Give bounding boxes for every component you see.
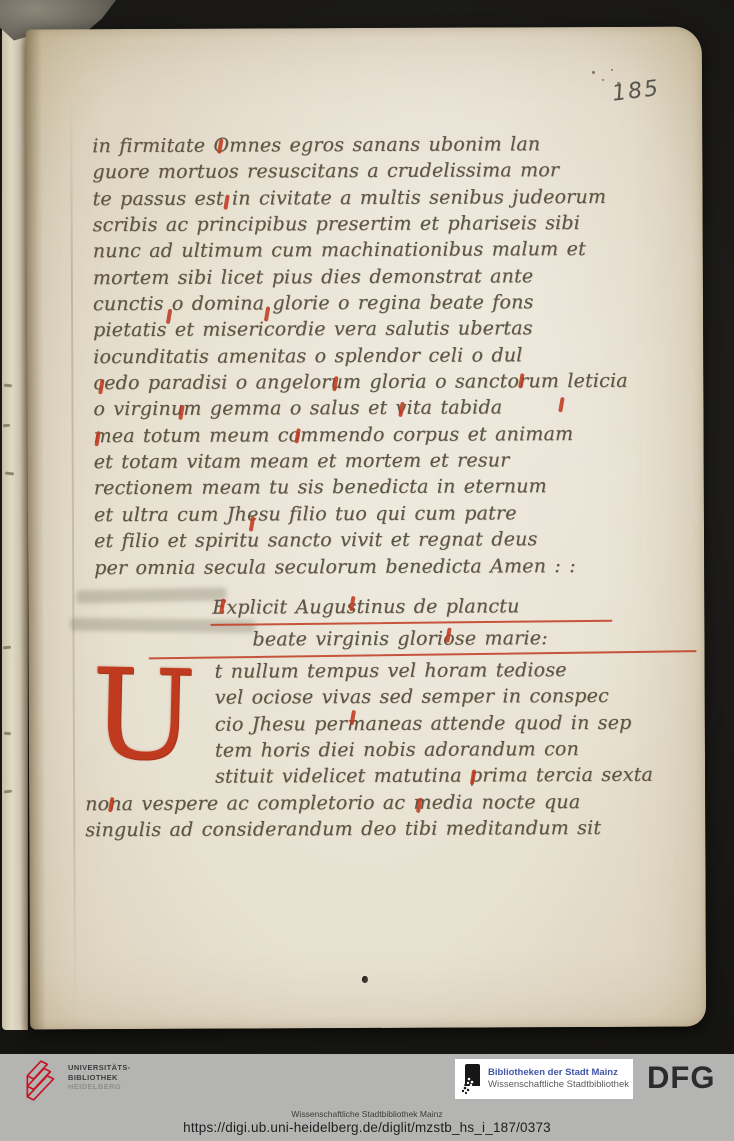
edge-ink-mark [4, 732, 11, 736]
foxing-speck [592, 71, 595, 74]
mainz-line-1: Bibliotheken der Stadt Mainz [488, 1067, 629, 1079]
heidelberg-library-logo: UNIVERSITÄTS- BIBLIOTHEK HEIDELBERG [24, 1058, 131, 1102]
edge-ink-mark [4, 790, 12, 794]
manuscript-line: mortem sibi licet pius dies demonstrat a… [93, 262, 653, 291]
foxing-speck [611, 69, 613, 71]
footer-bar: UNIVERSITÄTS- BIBLIOTHEK HEIDELBERG Bibl… [0, 1054, 734, 1141]
manuscript-line: rectionem meam tu sis benedicta in etern… [94, 473, 654, 502]
heidelberg-logo-text: UNIVERSITÄTS- BIBLIOTHEK HEIDELBERG [68, 1058, 131, 1092]
manuscript-line: singulis ad considerandum deo tibi medit… [85, 815, 657, 844]
foxing-speck [602, 79, 604, 81]
manuscript-line: nunc ad ultimum cum machinationibus malu… [93, 236, 653, 265]
foxing-speck [617, 82, 620, 84]
heidelberg-line-2: BIBLIOTHEK [68, 1073, 131, 1083]
ink-bleedthrough [76, 587, 226, 603]
manuscript-line: scribis ac principibus presertim et phar… [93, 210, 653, 239]
edge-ink-mark [3, 424, 10, 427]
page-crease [70, 89, 76, 1009]
manuscript-line: guore mortuos resuscitans a crudelissima… [92, 157, 652, 186]
heidelberg-line-3: HEIDELBERG [68, 1082, 131, 1092]
manuscript-line: nona vespere ac completorio ac media noc… [85, 788, 657, 817]
attribution-caption: Wissenschaftliche Stadtbibliothek Mainz [0, 1109, 734, 1119]
manuscript-line: et ultra cum Jhesu filio tuo qui cum pat… [94, 500, 654, 529]
scan-viewer-page: 185 in firmitate Omnes egros sanans ubon… [0, 0, 734, 1141]
illuminated-initial-U: U [90, 658, 216, 775]
explicit-rubric-line-2: beate virginis gloriose marie: [252, 625, 547, 653]
manuscript-line: et filio et spiritu sancto vivit et regn… [94, 526, 654, 555]
manuscript-line: cunctis o domina glorie o regina beate f… [93, 289, 653, 318]
manuscript-line: mea totum meum commendo corpus et animam [94, 421, 654, 450]
mainz-line-2: Wissenschaftliche Stadtbibliothek [488, 1079, 629, 1091]
manuscript-line: et totam vitam meam et mortem et resur [94, 447, 654, 476]
manuscript-line: te passus est in civitate a multis senib… [93, 183, 653, 212]
manuscript-line: in firmitate Omnes egros sanans ubonim l… [92, 131, 652, 160]
wormhole [362, 976, 368, 983]
manuscript-line: per omnia secula seculorum benedicta Ame… [94, 552, 654, 581]
rubrication-strokes [26, 27, 702, 30]
edge-ink-mark [4, 384, 12, 388]
gutter-shadow [26, 29, 46, 1029]
manuscript-line: cedo paradisi o angelorum gloria o sanct… [93, 368, 653, 397]
mainz-logo-text: Bibliotheken der Stadt Mainz Wissenschaf… [488, 1067, 629, 1091]
manuscript-text-block-2: U t nullum tempus vel horam tediosevel o… [85, 657, 658, 844]
mainz-library-logo: Bibliotheken der Stadt Mainz Wissenschaf… [455, 1059, 633, 1099]
manuscript-line: o virginum gemma o salus et vita tabida [93, 394, 653, 423]
edge-ink-mark [5, 471, 14, 475]
illuminated-initial-container: U [85, 659, 215, 766]
folio-number: 185 [611, 76, 662, 107]
heidelberg-logo-icon [24, 1058, 60, 1102]
heidelberg-line-1: UNIVERSITÄTS- [68, 1063, 131, 1073]
dfg-logo: DFG [647, 1060, 715, 1097]
manuscript-line: pietatis et misericordie vera salutis ub… [93, 315, 653, 344]
book-page-edges [2, 26, 28, 1030]
explicit-rubric-line-1: Explicit Augustinus de planctu [212, 593, 519, 621]
manuscript-text-block-1: in firmitate Omnes egros sanans ubonim l… [92, 131, 654, 581]
edge-ink-mark [3, 646, 11, 650]
mainz-book-icon [459, 1062, 483, 1096]
manuscript-line: iocunditatis amenitas o splendor celi o … [93, 341, 653, 370]
manuscript-page: 185 in firmitate Omnes egros sanans ubon… [26, 27, 706, 1030]
source-url[interactable]: https://digi.ub.uni-heidelberg.de/diglit… [0, 1120, 734, 1135]
